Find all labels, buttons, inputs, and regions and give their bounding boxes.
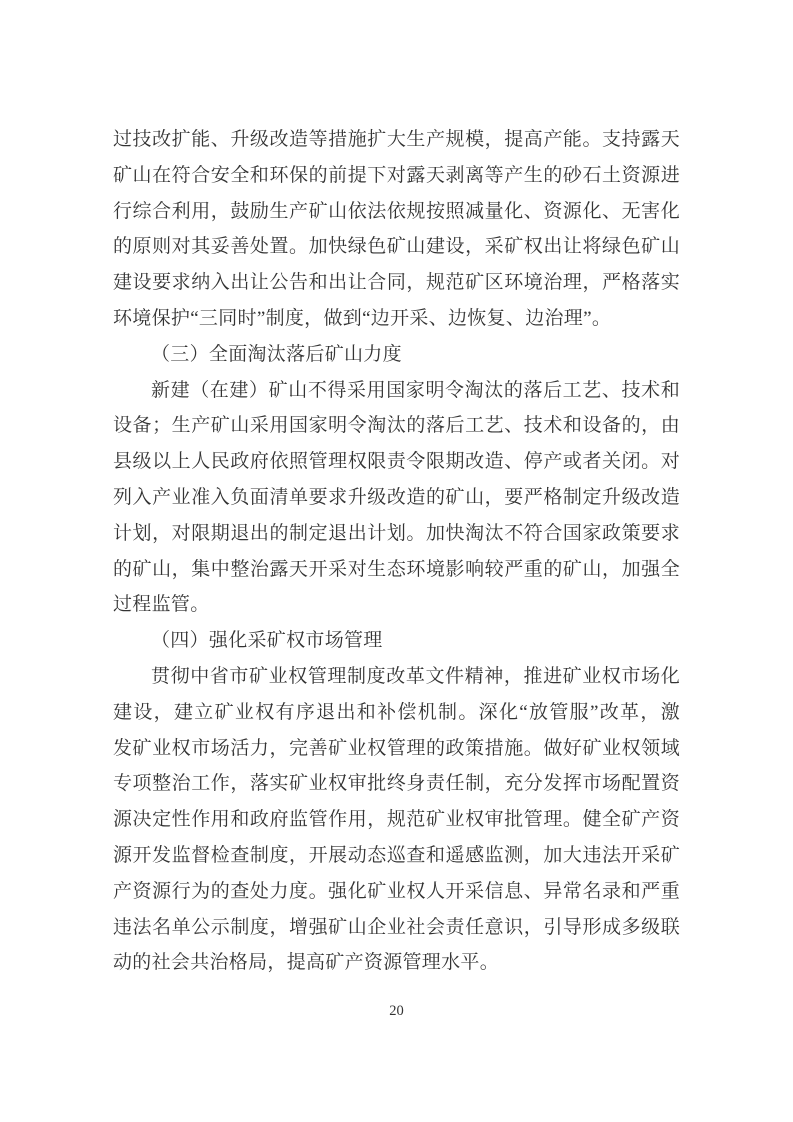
text-line: 的矿山，集中整治露天开采对生态环境影响较严重的矿山，加强全 [113,552,680,588]
text-line: 列入产业准入负面清单要求升级改造的矿山，要严格制定升级改造 [113,480,680,516]
text-line: 的原则对其妥善处置。加快绿色矿山建设，采矿权出让将绿色矿山 [113,229,680,265]
text-line: 过技改扩能、升级改造等措施扩大生产规模，提高产能。支持露天 [113,122,680,158]
text-line: 专项整治工作，落实矿业权审批终身责任制，充分发挥市场配置资 [113,766,680,802]
text-line: 环境保护“三同时”制度，做到“边开采、边恢复、边治理”。 [113,301,680,337]
text-line: 建设要求纳入出让公告和出让合同，规范矿区环境治理，严格落实 [113,265,680,301]
text-line: 县级以上人民政府依照管理权限责令限期改造、停产或者关闭。对 [113,444,680,480]
text-line: 发矿业权市场活力，完善矿业权管理的政策措施。做好矿业权领域 [113,731,680,767]
text-line: 计划，对限期退出的制定退出计划。加快淘汰不符合国家政策要求 [113,516,680,552]
text-line: 动的社会共治格局，提高矿产资源管理水平。 [113,945,680,981]
section-heading: （四）强化采矿权市场管理 [113,623,680,659]
document-page: 过技改扩能、升级改造等措施扩大生产规模，提高产能。支持露天矿山在符合安全和环保的… [0,0,793,1122]
text-line: 矿山在符合安全和环保的前提下对露天剥离等产生的砂石土资源进 [113,158,680,194]
text-line: 行综合利用，鼓励生产矿山依法依规按照减量化、资源化、无害化 [113,194,680,230]
text-line: 产资源行为的查处力度。强化矿业权人开采信息、异常名录和严重 [113,874,680,910]
text-line: 设备；生产矿山采用国家明令淘汰的落后工艺、技术和设备的，由 [113,408,680,444]
text-line: 新建（在建）矿山不得采用国家明令淘汰的落后工艺、技术和 [113,373,680,409]
page-number: 20 [113,1000,680,1022]
text-line: 源决定性作用和政府监管作用，规范矿业权审批管理。健全矿产资 [113,802,680,838]
document-body: 过技改扩能、升级改造等措施扩大生产规模，提高产能。支持露天矿山在符合安全和环保的… [113,122,680,981]
text-line: 贯彻中省市矿业权管理制度改革文件精神，推进矿业权市场化 [113,659,680,695]
text-line: 建设，建立矿业权有序退出和补偿机制。深化“放管服”改革，激 [113,695,680,731]
text-line: 过程监管。 [113,587,680,623]
text-line: 违法名单公示制度，增强矿山企业社会责任意识，引导形成多级联 [113,910,680,946]
text-line: 源开发监督检查制度，开展动态巡查和遥感监测，加大违法开采矿 [113,838,680,874]
section-heading: （三）全面淘汰落后矿山力度 [113,337,680,373]
